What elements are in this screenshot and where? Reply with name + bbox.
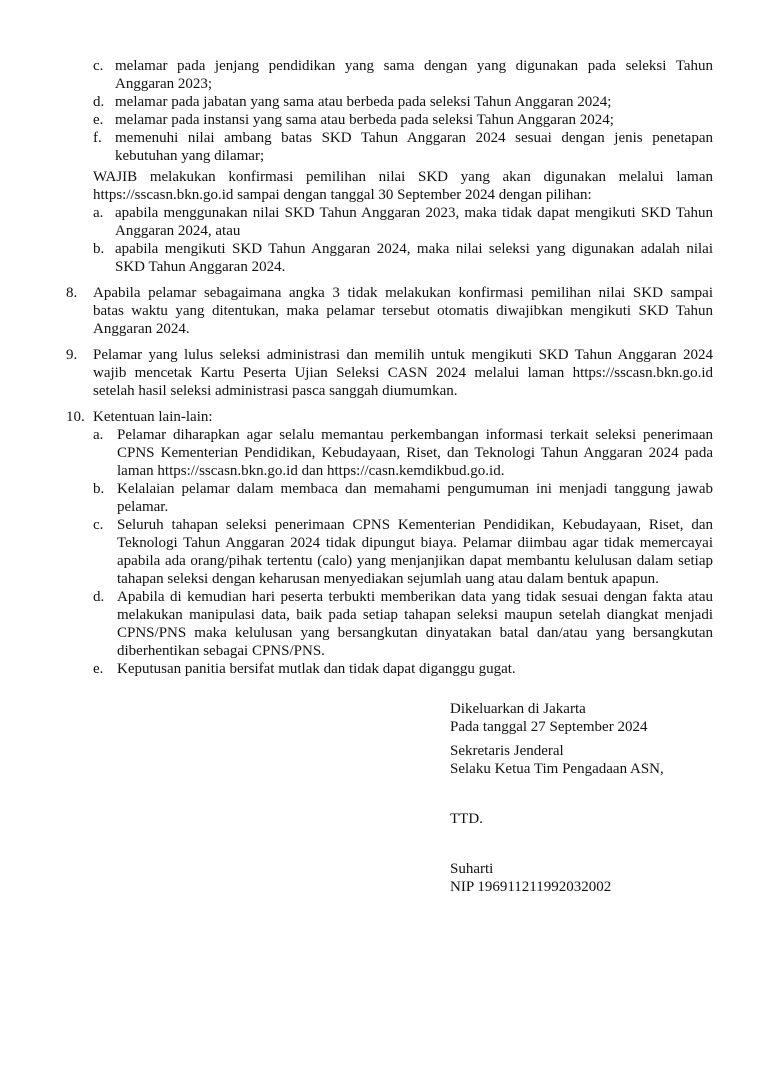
item-number: 9. — [66, 346, 77, 364]
item-text: Pelamar yang lulus seleksi administrasi … — [93, 346, 713, 364]
subitem-text: CPNS/PNS maka kelulusan yang bersangkuta… — [117, 624, 713, 642]
item-text: melamar pada jabatan yang sama atau berb… — [115, 93, 611, 111]
signatory-nip: NIP 196911211992032002 — [450, 878, 611, 896]
subitem-text: Keputusan panitia bersifat mutlak dan ti… — [117, 660, 516, 678]
subitem-text: melakukan manipulasi data, baik pada set… — [117, 606, 713, 624]
document-page: c. melamar pada jenjang pendidikan yang … — [0, 0, 768, 1085]
item-text: melamar pada instansi yang sama atau ber… — [115, 111, 614, 129]
item-text: wajib mencetak Kartu Peserta Ujian Selek… — [93, 364, 713, 382]
item-number: 8. — [66, 284, 77, 302]
item-label: e. — [93, 111, 103, 129]
option-text: apabila menggunakan nilai SKD Tahun Angg… — [115, 204, 713, 222]
item-label: f. — [93, 129, 102, 147]
item-label: c. — [93, 57, 103, 75]
option-text: apabila mengikuti SKD Tahun Anggaran 202… — [115, 240, 713, 258]
subitem-text: diberhentikan sebagai CPNS/PNS. — [117, 642, 325, 660]
issued-place: Dikeluarkan di Jakarta — [450, 700, 586, 718]
option-label: a. — [93, 204, 103, 222]
subitem-label: a. — [93, 426, 103, 444]
item-title: Ketentuan lain-lain: — [93, 408, 213, 426]
subitem-text: laman https://sscasn.bkn.go.id dan https… — [117, 462, 504, 480]
signed-mark: TTD. — [450, 810, 483, 828]
subitem-text: Kelalaian pelamar dalam membaca dan mema… — [117, 480, 713, 498]
subitem-text: Apabila di kemudian hari peserta terbukt… — [117, 588, 713, 606]
item-text: melamar pada jenjang pendidikan yang sam… — [115, 57, 713, 75]
signatory-role: Selaku Ketua Tim Pengadaan ASN, — [450, 760, 664, 778]
subitem-text: Seluruh tahapan seleksi penerimaan CPNS … — [117, 516, 713, 534]
signatory-position: Sekretaris Jenderal — [450, 742, 564, 760]
item-text: Anggaran 2024. — [93, 320, 190, 338]
subitem-text: Teknologi Tahun Anggaran 2024 tidak dipu… — [117, 534, 713, 552]
item-text: setelah hasil seleksi administrasi pasca… — [93, 382, 458, 400]
issued-date: Pada tanggal 27 September 2024 — [450, 718, 647, 736]
item-text: kebutuhan yang dilamar; — [115, 147, 264, 165]
subitem-text: pelamar. — [117, 498, 168, 516]
subitem-label: e. — [93, 660, 103, 678]
subitem-label: b. — [93, 480, 104, 498]
signatory-name: Suharti — [450, 860, 493, 878]
option-text: Anggaran 2024, atau — [115, 222, 240, 240]
wajib-text: WAJIB melakukan konfirmasi pemilihan nil… — [93, 168, 713, 186]
item-text: Anggaran 2023; — [115, 75, 212, 93]
item-number: 10. — [66, 408, 85, 426]
subitem-text: apabila ada orang/pihak tertentu (calo) … — [117, 552, 713, 570]
subitem-text: tahapan seleksi dengan keharusan menyedi… — [117, 570, 659, 588]
item-text: memenuhi nilai ambang batas SKD Tahun An… — [115, 129, 713, 147]
item-text: Apabila pelamar sebagaimana angka 3 tida… — [93, 284, 713, 302]
wajib-text: https://sscasn.bkn.go.id sampai dengan t… — [93, 186, 592, 204]
subitem-label: c. — [93, 516, 103, 534]
item-label: d. — [93, 93, 104, 111]
option-label: b. — [93, 240, 104, 258]
item-text: batas waktu yang ditentukan, maka pelama… — [93, 302, 713, 320]
subitem-label: d. — [93, 588, 104, 606]
option-text: SKD Tahun Anggaran 2024. — [115, 258, 285, 276]
subitem-text: CPNS Kementerian Pendidikan, Kebudayaan,… — [117, 444, 713, 462]
subitem-text: Pelamar diharapkan agar selalu memantau … — [117, 426, 713, 444]
